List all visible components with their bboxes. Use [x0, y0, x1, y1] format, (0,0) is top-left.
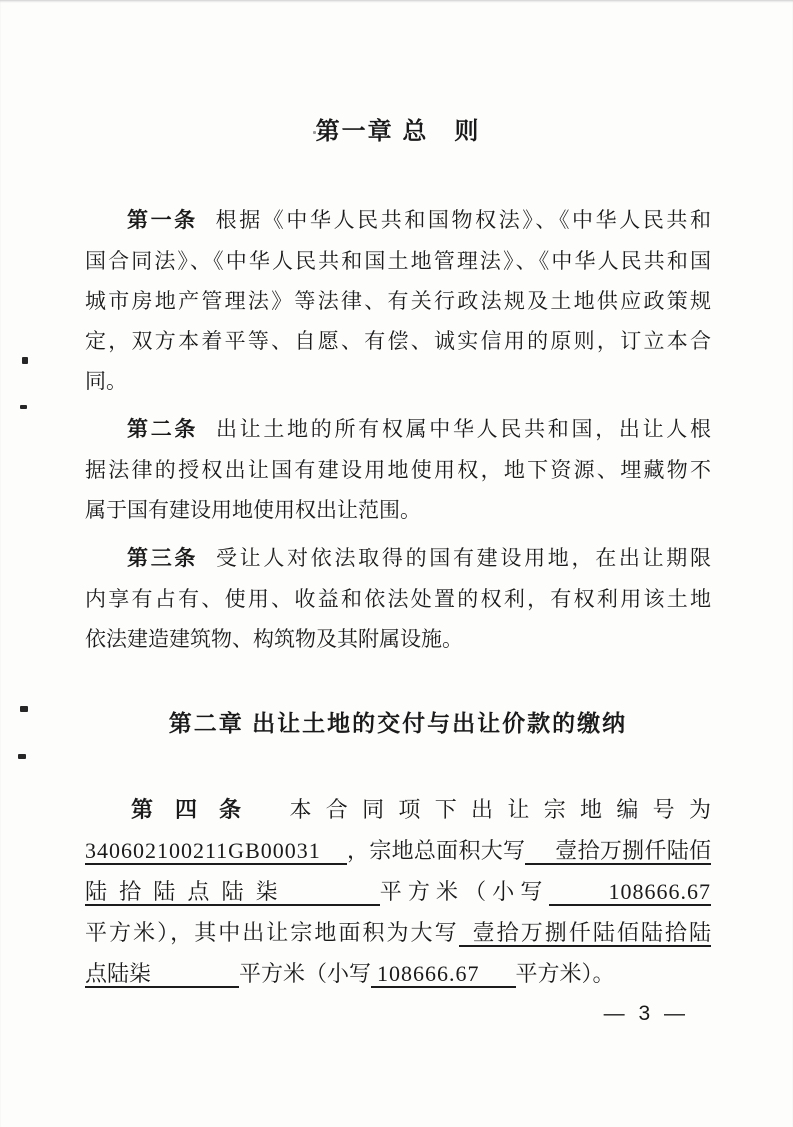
article-2: 第二条出让土地的所有权属中华人民共和国，出让人根 据法律的授权出让国有建设用地使…: [85, 409, 711, 530]
transfer-area-capital-field-part2: 点陆柒: [85, 961, 239, 988]
article-1-line-3: 城市房地产管理法》等法律、有关行政法规及土地供应政策规: [85, 281, 711, 321]
article-4-unit-open: 平方米（小写: [380, 879, 549, 904]
article-3-line-1: 第三条受让人对依法取得的国有建设用地，在出让期限: [85, 538, 711, 579]
total-area-capital-field-part1: 壹拾万捌仟陆佰: [525, 838, 711, 865]
page-number: — 3 —: [604, 1002, 689, 1026]
total-area-capital-field-part2: 陆拾陆点陆柒: [85, 879, 380, 906]
scan-speck: [20, 706, 28, 712]
transfer-area-capital-field-part1: 壹拾万捌仟陆佰陆拾陆: [459, 920, 711, 947]
article-1-line-1: 第一条根据《中华人民共和国物权法》、《中华人民共和: [85, 200, 711, 241]
article-2-text: 出让土地的所有权属中华人民共和国，出让人根: [216, 417, 711, 441]
scan-speck: [313, 131, 316, 134]
scan-speck: [22, 357, 28, 364]
article-1: 第一条根据《中华人民共和国物权法》、《中华人民共和 国合同法》、《中华人民共和国…: [85, 200, 711, 401]
article-1-text: 根据《中华人民共和国物权法》、《中华人民共和: [216, 208, 711, 232]
article-2-line-3: 属于国有建设用地使用权出让范围。: [85, 490, 711, 530]
article-4-line-1: 第四条本合同项下出让宗地编号为: [85, 789, 711, 830]
article-4-line-5: 点陆柒平方米（小写108666.67平方米）。: [85, 953, 711, 994]
article-3-label: 第三条: [127, 547, 198, 570]
article-1-line-4: 定，双方本着平等、自愿、有偿、诚实信用的原则，订立本合: [85, 321, 711, 361]
article-1-line-5: 同。: [85, 361, 711, 401]
chapter-two-heading: 第二章 出让土地的交付与出让价款的缴纳: [85, 705, 711, 741]
article-3: 第三条受让人对依法取得的国有建设用地，在出让期限 内享有占有、使用、收益和依法处…: [85, 538, 711, 659]
article-2-line-2: 据法律的授权出让国有建设用地使用权，地下资源、埋藏物不: [85, 450, 711, 490]
article-4-ending: 平方米）。: [516, 961, 615, 986]
article-3-text: 受让人对依法取得的国有建设用地，在出让期限: [216, 546, 711, 570]
article-4: 第四条本合同项下出让宗地编号为 340602100211GB00031，宗地总面…: [85, 789, 711, 994]
scan-speck: [20, 405, 27, 409]
article-4-line-3: 陆拾陆点陆柒平方米（小写108666.67: [85, 871, 711, 912]
scanned-contract-page: 第一章 总 则 第一条根据《中华人民共和国物权法》、《中华人民共和 国合同法》、…: [0, 0, 793, 1127]
parcel-number-field: 340602100211GB00031: [85, 838, 347, 865]
article-4-unit-open2: 平方米（小写: [239, 961, 371, 986]
article-4-label: 第四条: [131, 797, 263, 822]
article-2-line-1: 第二条出让土地的所有权属中华人民共和国，出让人根: [85, 409, 711, 450]
article-3-line-2: 内享有占有、使用、收益和依法处置的权利，有权利用该土地: [85, 579, 711, 619]
total-area-numeric-field: 108666.67: [549, 879, 712, 906]
article-1-line-2: 国合同法》、《中华人民共和国土地管理法》、《中华人民共和国: [85, 241, 711, 281]
chapter-one-heading: 第一章 总 则: [85, 114, 711, 150]
article-4-after-parcel: ，宗地总面积大写: [347, 838, 526, 863]
transfer-area-numeric-field: 108666.67: [371, 961, 516, 988]
article-4-line-4: 平方米），其中出让宗地面积为大写壹拾万捌仟陆佰陆拾陆: [85, 912, 711, 953]
article-4-mid-text: 平方米），其中出让宗地面积为大写: [85, 920, 459, 945]
article-3-line-3: 依法建造建筑物、构筑物及其附属设施。: [85, 619, 711, 659]
article-4-line-2: 340602100211GB00031，宗地总面积大写壹拾万捌仟陆佰: [85, 830, 711, 871]
scan-speck: [18, 754, 26, 759]
document-content: 第一章 总 则 第一条根据《中华人民共和国物权法》、《中华人民共和 国合同法》、…: [0, 0, 793, 994]
article-2-label: 第二条: [127, 418, 198, 441]
article-1-label: 第一条: [127, 209, 198, 232]
article-4-intro: 本合同项下出让宗地编号为: [289, 797, 711, 822]
